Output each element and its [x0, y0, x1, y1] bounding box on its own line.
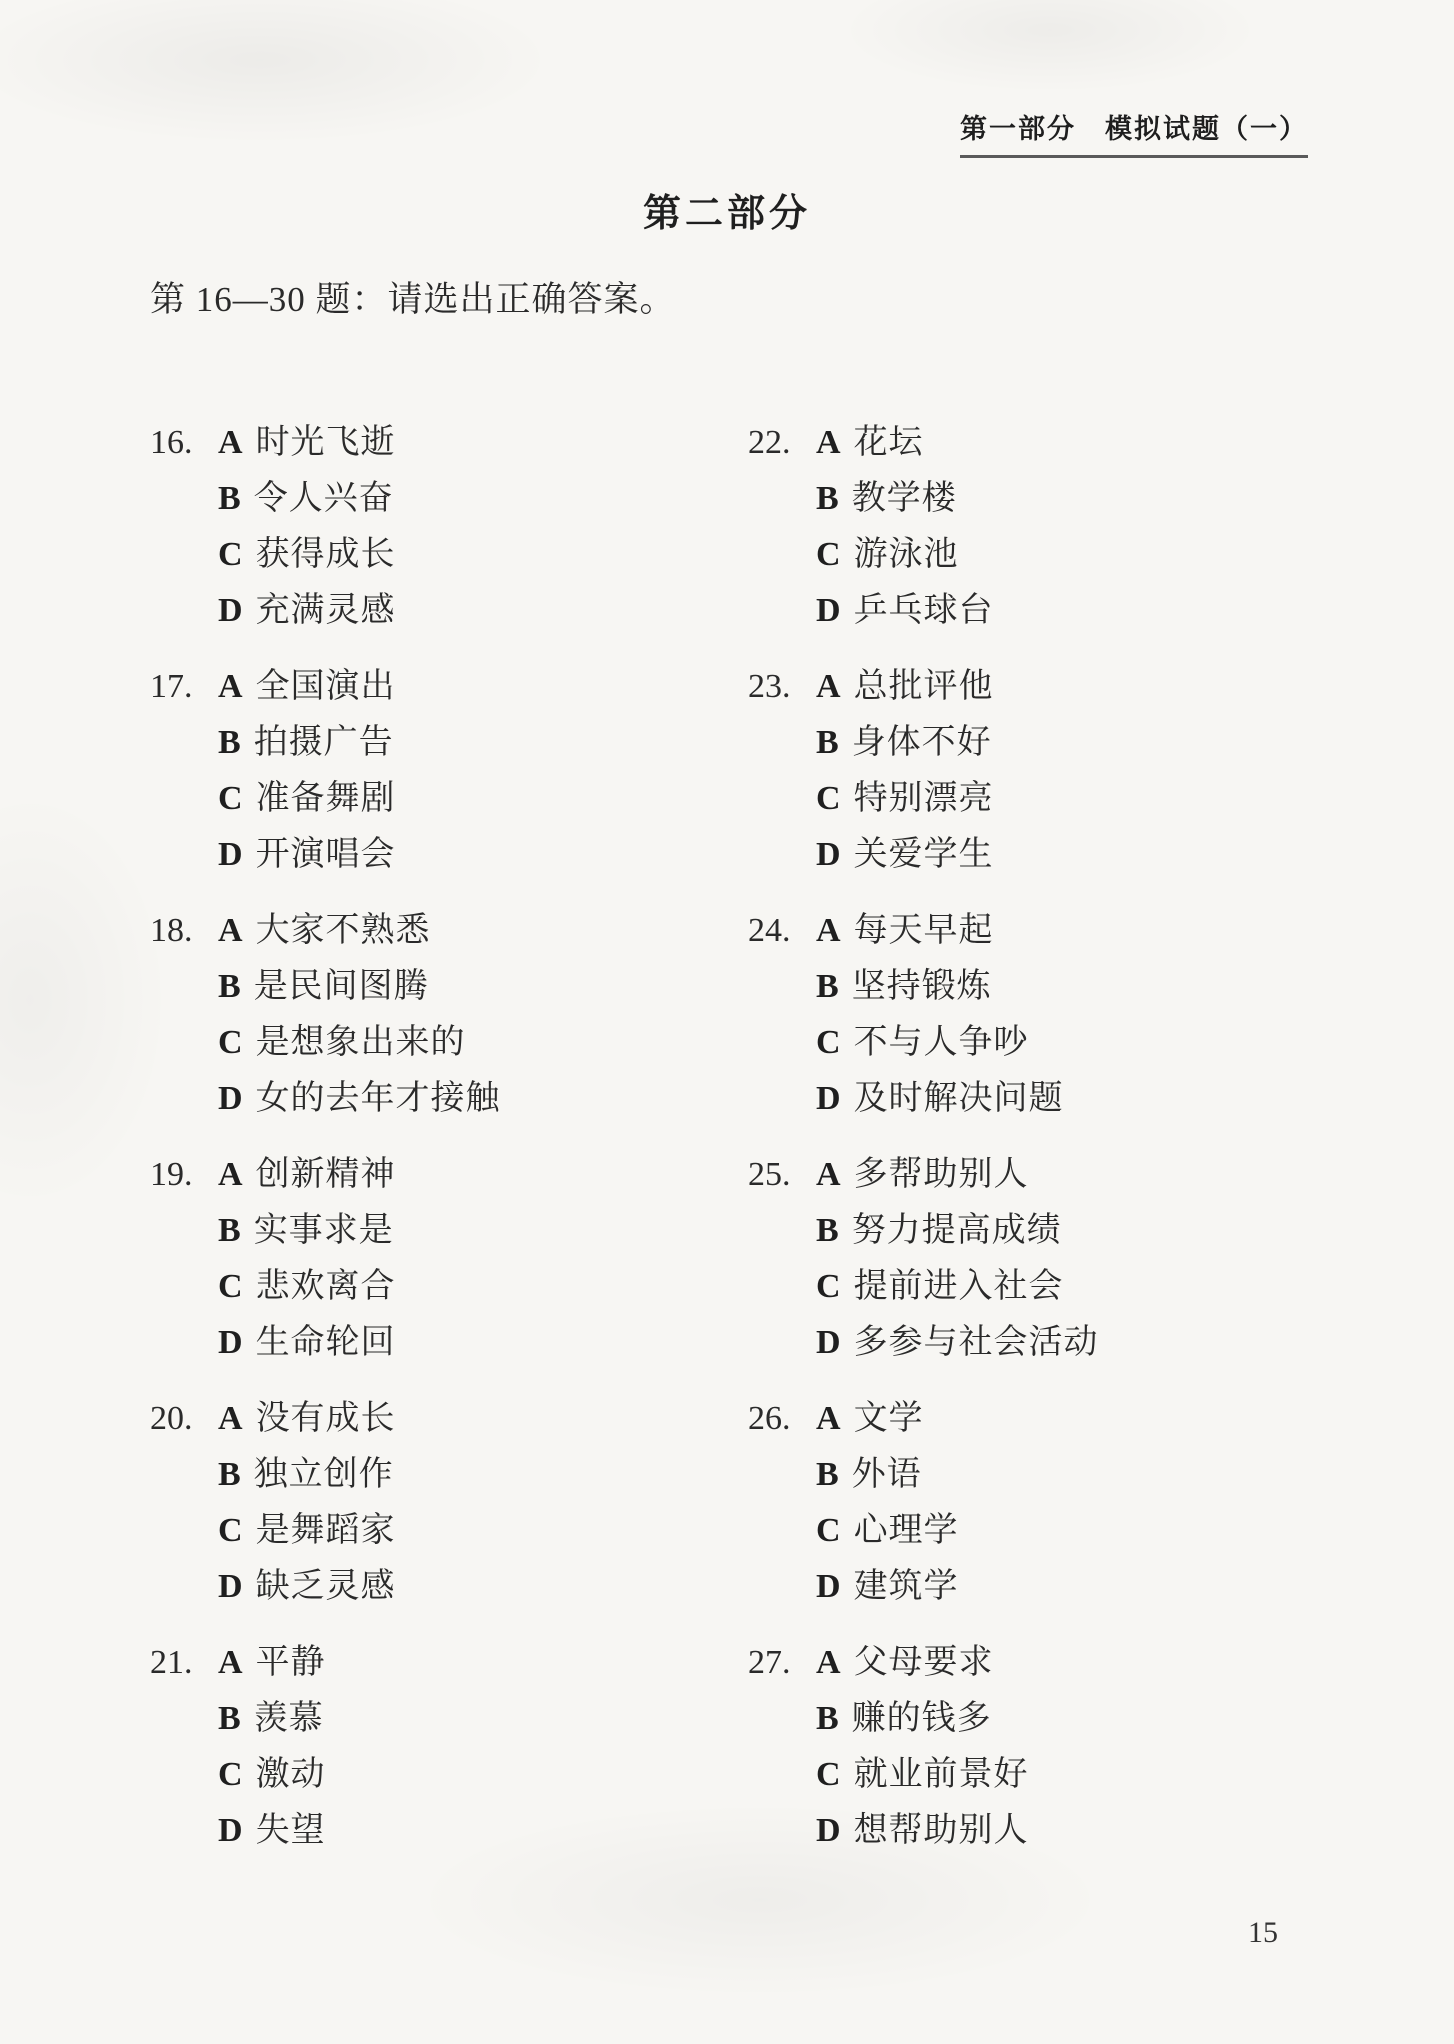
option-text: 文学 — [854, 1400, 924, 1437]
option-text: 及时解决问题 — [854, 1080, 1064, 1117]
option-text: 羡慕 — [254, 1700, 324, 1737]
option-d: D关爱学生 — [816, 827, 1320, 883]
option-a: A时光飞逝 — [218, 415, 748, 471]
option-text: 多帮助别人 — [854, 1156, 1029, 1193]
option-text: 赚的钱多 — [852, 1700, 992, 1737]
option-text: 关爱学生 — [854, 836, 994, 873]
option-letter: A — [816, 424, 841, 461]
option-letter: D — [218, 1324, 243, 1361]
option-c: C悲欢离合 — [218, 1259, 748, 1315]
option-letter: A — [816, 1400, 841, 1437]
question-number: 27. — [748, 1635, 816, 1859]
option-letter: A — [218, 912, 243, 949]
question-number: 21. — [150, 1635, 218, 1859]
option-a: A全国演出 — [218, 659, 748, 715]
option-text: 失望 — [256, 1812, 326, 1849]
option-text: 就业前景好 — [854, 1756, 1029, 1793]
option-letter: B — [816, 480, 839, 517]
option-letter: B — [218, 968, 241, 1005]
question-number: 16. — [150, 415, 218, 639]
option-letter: D — [816, 592, 841, 629]
question-18: 18. A大家不熟悉 B是民间图腾 C是想象出来的 D女的去年才接触 — [150, 903, 748, 1127]
option-letter: A — [218, 668, 243, 705]
questions-area: 16. A时光飞逝 B令人兴奋 C获得成长 D充满灵感 17. A全国演出 B拍… — [150, 415, 1320, 1879]
option-c: C激动 — [218, 1747, 748, 1803]
option-a: A创新精神 — [218, 1147, 748, 1203]
option-text: 教学楼 — [852, 480, 957, 517]
option-letter: D — [218, 592, 243, 629]
option-letter: C — [816, 1268, 841, 1305]
option-d: D充满灵感 — [218, 583, 748, 639]
option-letter: C — [816, 780, 841, 817]
option-letter: B — [816, 1456, 839, 1493]
option-a: A每天早起 — [816, 903, 1320, 959]
option-d: D多参与社会活动 — [816, 1315, 1320, 1371]
option-text: 特别漂亮 — [854, 780, 994, 817]
option-text: 是想象出来的 — [256, 1024, 466, 1061]
option-letter: C — [218, 1512, 243, 1549]
option-b: B坚持锻炼 — [816, 959, 1320, 1015]
option-letter: D — [816, 1324, 841, 1361]
option-d: D生命轮回 — [218, 1315, 748, 1371]
question-16: 16. A时光飞逝 B令人兴奋 C获得成长 D充满灵感 — [150, 415, 748, 639]
option-text: 不与人争吵 — [854, 1024, 1029, 1061]
options-list: A总批评他 B身体不好 C特别漂亮 D关爱学生 — [816, 659, 1320, 883]
option-b: B外语 — [816, 1447, 1320, 1503]
option-text: 游泳池 — [854, 536, 959, 573]
option-b: B羡慕 — [218, 1691, 748, 1747]
options-list: A文学 B外语 C心理学 D建筑学 — [816, 1391, 1320, 1615]
option-letter: B — [816, 1700, 839, 1737]
option-letter: B — [218, 1212, 241, 1249]
option-letter: B — [218, 1456, 241, 1493]
option-text: 坚持锻炼 — [852, 968, 992, 1005]
scanned-exam-page: 第一部分 模拟试题（一） 第二部分 第 16—30 题：请选出正确答案。 16.… — [0, 0, 1454, 2044]
option-letter: A — [218, 1156, 243, 1193]
option-c: C就业前景好 — [816, 1747, 1320, 1803]
question-number: 22. — [748, 415, 816, 639]
option-text: 全国演出 — [256, 668, 396, 705]
option-text: 大家不熟悉 — [256, 912, 431, 949]
option-text: 时光飞逝 — [256, 424, 396, 461]
option-text: 没有成长 — [256, 1400, 396, 1437]
options-list: A花坛 B教学楼 C游泳池 D乒乓球台 — [816, 415, 1320, 639]
option-letter: C — [816, 1756, 841, 1793]
question-number: 23. — [748, 659, 816, 883]
question-17: 17. A全国演出 B拍摄广告 C准备舞剧 D开演唱会 — [150, 659, 748, 883]
page-number: 15 — [1248, 1916, 1278, 1950]
option-c: C是想象出来的 — [218, 1015, 748, 1071]
option-letter: D — [816, 1080, 841, 1117]
option-text: 开演唱会 — [256, 836, 396, 873]
options-list: A没有成长 B独立创作 C是舞蹈家 D缺乏灵感 — [218, 1391, 748, 1615]
option-a: A总批评他 — [816, 659, 1320, 715]
options-list: A大家不熟悉 B是民间图腾 C是想象出来的 D女的去年才接触 — [218, 903, 748, 1127]
option-letter: A — [816, 1156, 841, 1193]
option-letter: B — [816, 968, 839, 1005]
option-letter: D — [816, 836, 841, 873]
question-number: 18. — [150, 903, 218, 1127]
option-letter: A — [218, 1644, 243, 1681]
option-letter: D — [816, 1568, 841, 1605]
question-number: 17. — [150, 659, 218, 883]
question-27: 27. A父母要求 B赚的钱多 C就业前景好 D想帮助别人 — [748, 1635, 1320, 1859]
option-d: D乒乓球台 — [816, 583, 1320, 639]
option-letter: D — [218, 836, 243, 873]
options-list: A全国演出 B拍摄广告 C准备舞剧 D开演唱会 — [218, 659, 748, 883]
option-text: 创新精神 — [256, 1156, 396, 1193]
option-text: 心理学 — [854, 1512, 959, 1549]
option-text: 总批评他 — [854, 668, 994, 705]
option-text: 外语 — [852, 1456, 922, 1493]
options-list: A创新精神 B实事求是 C悲欢离合 D生命轮回 — [218, 1147, 748, 1371]
option-d: D女的去年才接触 — [218, 1071, 748, 1127]
question-21: 21. A平静 B羡慕 C激动 D失望 — [150, 1635, 748, 1859]
option-b: B拍摄广告 — [218, 715, 748, 771]
question-19: 19. A创新精神 B实事求是 C悲欢离合 D生命轮回 — [150, 1147, 748, 1371]
option-text: 花坛 — [854, 424, 924, 461]
option-b: B教学楼 — [816, 471, 1320, 527]
option-text: 激动 — [256, 1756, 326, 1793]
option-c: C是舞蹈家 — [218, 1503, 748, 1559]
option-letter: C — [816, 536, 841, 573]
options-list: A父母要求 B赚的钱多 C就业前景好 D想帮助别人 — [816, 1635, 1320, 1859]
question-number: 25. — [748, 1147, 816, 1371]
option-d: D开演唱会 — [218, 827, 748, 883]
running-header: 第一部分 模拟试题（一） — [960, 112, 1308, 158]
option-letter: C — [218, 1756, 243, 1793]
questions-column-right: 22. A花坛 B教学楼 C游泳池 D乒乓球台 23. A总批评他 B身体不好 … — [748, 415, 1320, 1879]
option-text: 努力提高成绩 — [852, 1212, 1062, 1249]
option-b: B赚的钱多 — [816, 1691, 1320, 1747]
option-text: 是舞蹈家 — [256, 1512, 396, 1549]
question-25: 25. A多帮助别人 B努力提高成绩 C提前进入社会 D多参与社会活动 — [748, 1147, 1320, 1371]
question-number: 26. — [748, 1391, 816, 1615]
option-text: 提前进入社会 — [854, 1268, 1064, 1305]
option-text: 多参与社会活动 — [854, 1324, 1099, 1361]
option-letter: D — [816, 1812, 841, 1849]
option-text: 是民间图腾 — [254, 968, 429, 1005]
options-list: A平静 B羡慕 C激动 D失望 — [218, 1635, 748, 1859]
option-letter: C — [816, 1024, 841, 1061]
question-26: 26. A文学 B外语 C心理学 D建筑学 — [748, 1391, 1320, 1615]
option-text: 父母要求 — [854, 1644, 994, 1681]
option-a: A花坛 — [816, 415, 1320, 471]
option-c: C游泳池 — [816, 527, 1320, 583]
option-text: 女的去年才接触 — [256, 1080, 501, 1117]
options-list: A时光飞逝 B令人兴奋 C获得成长 D充满灵感 — [218, 415, 748, 639]
option-letter: A — [816, 912, 841, 949]
option-letter: C — [218, 536, 243, 573]
option-d: D失望 — [218, 1803, 748, 1859]
option-letter: A — [816, 668, 841, 705]
option-b: B努力提高成绩 — [816, 1203, 1320, 1259]
option-text: 令人兴奋 — [254, 480, 394, 517]
question-24: 24. A每天早起 B坚持锻炼 C不与人争吵 D及时解决问题 — [748, 903, 1320, 1127]
option-letter: A — [816, 1644, 841, 1681]
option-b: B令人兴奋 — [218, 471, 748, 527]
option-b: B是民间图腾 — [218, 959, 748, 1015]
option-d: D及时解决问题 — [816, 1071, 1320, 1127]
question-22: 22. A花坛 B教学楼 C游泳池 D乒乓球台 — [748, 415, 1320, 639]
option-letter: B — [816, 724, 839, 761]
option-text: 充满灵感 — [256, 592, 396, 629]
option-text: 悲欢离合 — [256, 1268, 396, 1305]
question-number: 24. — [748, 903, 816, 1127]
option-letter: A — [218, 424, 243, 461]
option-letter: D — [218, 1812, 243, 1849]
question-20: 20. A没有成长 B独立创作 C是舞蹈家 D缺乏灵感 — [150, 1391, 748, 1615]
option-b: B独立创作 — [218, 1447, 748, 1503]
option-text: 乒乓球台 — [854, 592, 994, 629]
option-letter: B — [218, 1700, 241, 1737]
option-a: A大家不熟悉 — [218, 903, 748, 959]
option-letter: D — [218, 1568, 243, 1605]
options-list: A每天早起 B坚持锻炼 C不与人争吵 D及时解决问题 — [816, 903, 1320, 1127]
option-text: 实事求是 — [254, 1212, 394, 1249]
option-letter: A — [218, 1400, 243, 1437]
option-c: C心理学 — [816, 1503, 1320, 1559]
option-d: D想帮助别人 — [816, 1803, 1320, 1859]
option-c: C获得成长 — [218, 527, 748, 583]
option-text: 每天早起 — [854, 912, 994, 949]
option-a: A平静 — [218, 1635, 748, 1691]
option-letter: B — [816, 1212, 839, 1249]
option-text: 生命轮回 — [256, 1324, 396, 1361]
option-d: D建筑学 — [816, 1559, 1320, 1615]
option-text: 平静 — [256, 1644, 326, 1681]
instruction-text: 第 16—30 题：请选出正确答案。 — [150, 276, 676, 324]
option-b: B身体不好 — [816, 715, 1320, 771]
option-letter: C — [218, 1268, 243, 1305]
section-title: 第二部分 — [0, 190, 1454, 238]
option-c: C不与人争吵 — [816, 1015, 1320, 1071]
option-a: A父母要求 — [816, 1635, 1320, 1691]
option-a: A没有成长 — [218, 1391, 748, 1447]
option-text: 获得成长 — [256, 536, 396, 573]
option-text: 想帮助别人 — [854, 1812, 1029, 1849]
option-letter: D — [218, 1080, 243, 1117]
option-c: C特别漂亮 — [816, 771, 1320, 827]
option-letter: B — [218, 724, 241, 761]
option-a: A多帮助别人 — [816, 1147, 1320, 1203]
question-number: 20. — [150, 1391, 218, 1615]
option-a: A文学 — [816, 1391, 1320, 1447]
option-c: C提前进入社会 — [816, 1259, 1320, 1315]
option-text: 拍摄广告 — [254, 724, 394, 761]
option-letter: C — [816, 1512, 841, 1549]
option-text: 独立创作 — [254, 1456, 394, 1493]
question-23: 23. A总批评他 B身体不好 C特别漂亮 D关爱学生 — [748, 659, 1320, 883]
option-c: C准备舞剧 — [218, 771, 748, 827]
options-list: A多帮助别人 B努力提高成绩 C提前进入社会 D多参与社会活动 — [816, 1147, 1320, 1371]
option-text: 准备舞剧 — [256, 780, 396, 817]
running-header-text: 第一部分 模拟试题（一） — [960, 114, 1308, 144]
option-text: 建筑学 — [854, 1568, 959, 1605]
option-b: B实事求是 — [218, 1203, 748, 1259]
option-letter: B — [218, 480, 241, 517]
option-letter: C — [218, 780, 243, 817]
option-text: 缺乏灵感 — [256, 1568, 396, 1605]
option-text: 身体不好 — [852, 724, 992, 761]
question-number: 19. — [150, 1147, 218, 1371]
option-letter: C — [218, 1024, 243, 1061]
option-d: D缺乏灵感 — [218, 1559, 748, 1615]
questions-column-left: 16. A时光飞逝 B令人兴奋 C获得成长 D充满灵感 17. A全国演出 B拍… — [150, 415, 748, 1879]
